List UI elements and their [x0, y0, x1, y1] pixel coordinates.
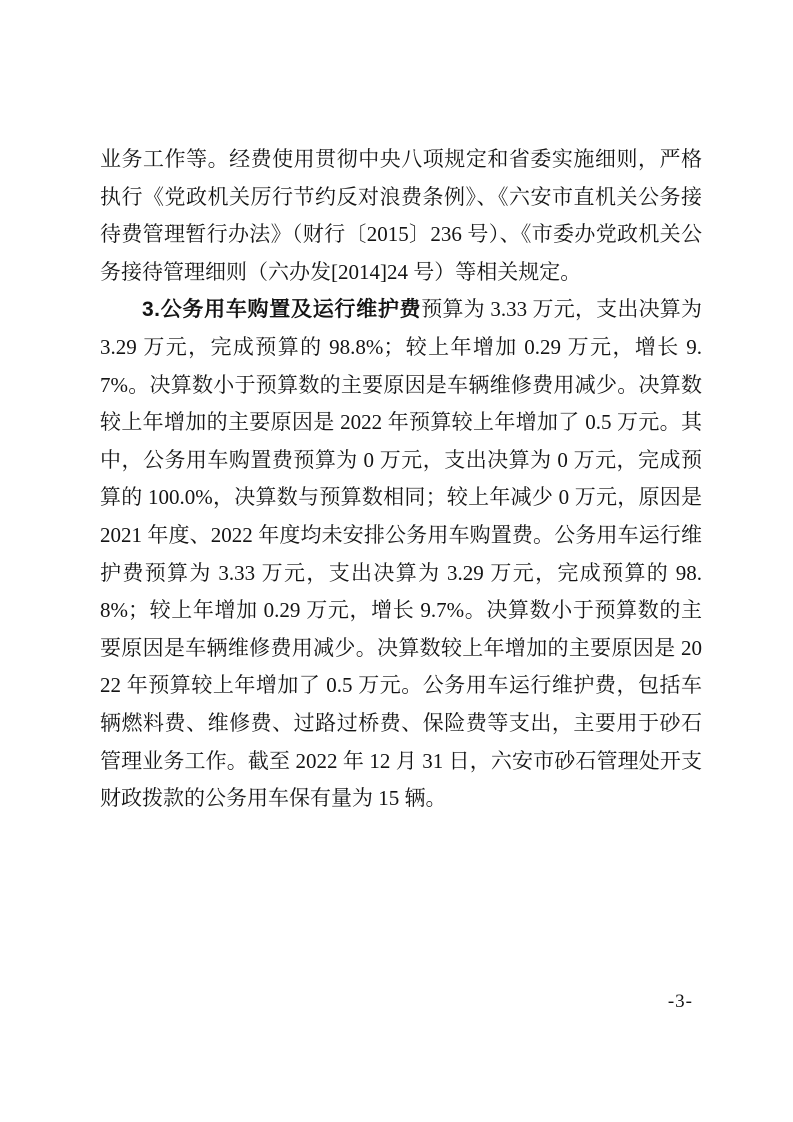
document-page: 业务工作等。经费使用贯彻中央八项规定和省委实施细则，严格执行《党政机关厉行节约反… [0, 0, 793, 1122]
section3-body-text: 预算为 3.33 万元，支出决算为 3.29 万元，完成预算的 98.8%；较上… [100, 297, 702, 810]
section3-heading: 3.公务用车购置及运行维护费 [142, 298, 421, 321]
page-number: -3- [668, 991, 693, 1013]
document-body: 业务工作等。经费使用贯彻中央八项规定和省委实施细则，严格执行《党政机关厉行节约反… [100, 141, 702, 818]
paragraph-vehicle-expenses: 3.公务用车购置及运行维护费预算为 3.33 万元，支出决算为 3.29 万元，… [100, 291, 702, 817]
paragraph-regulations: 业务工作等。经费使用贯彻中央八项规定和省委实施细则，严格执行《党政机关厉行节约反… [100, 141, 702, 291]
